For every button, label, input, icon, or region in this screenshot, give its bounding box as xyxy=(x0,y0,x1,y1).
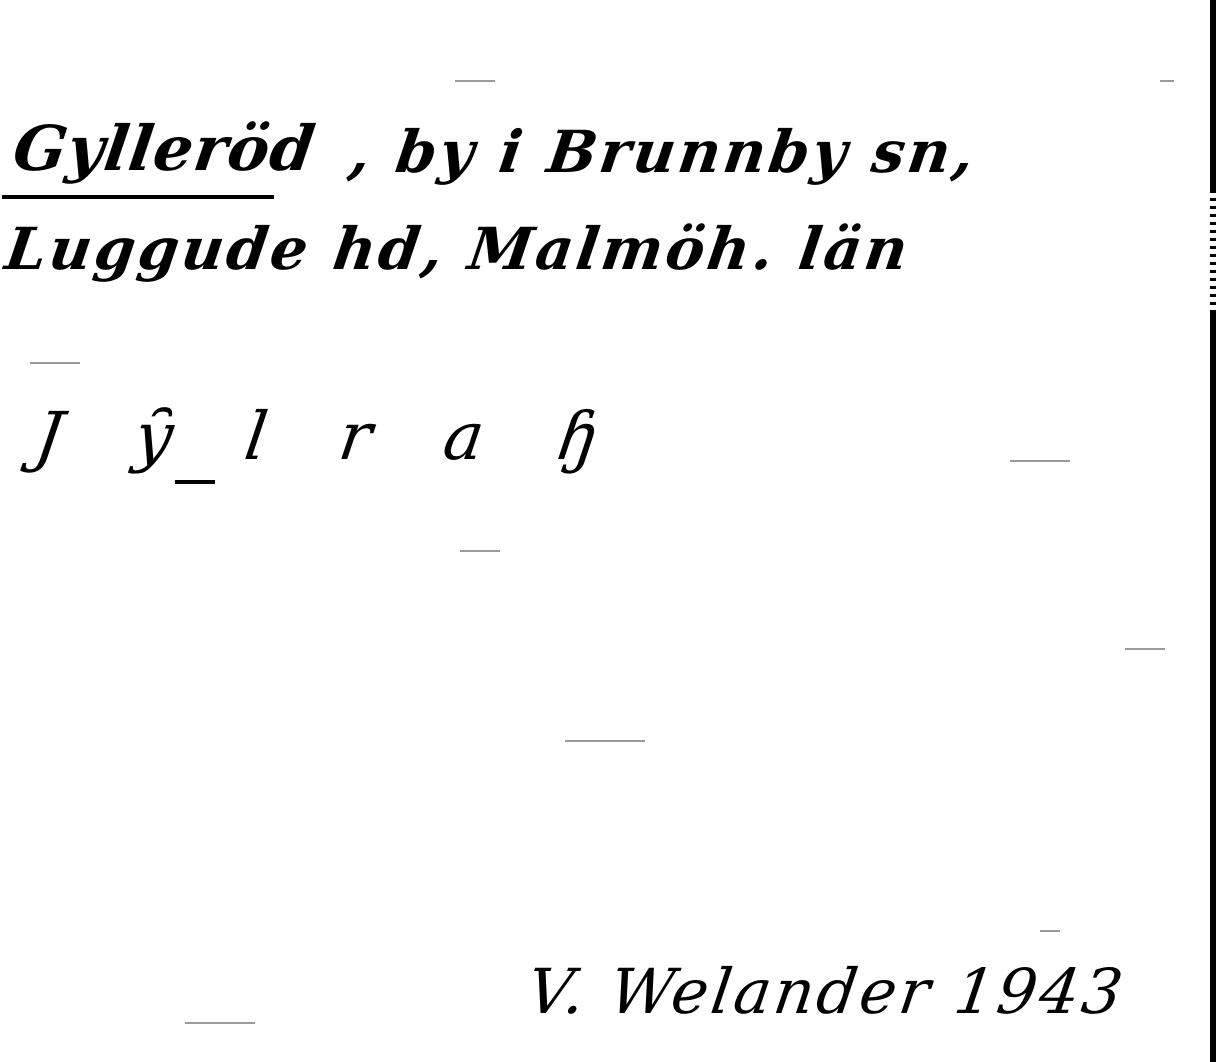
archive-card: Gylleröd , by i Brunnby sn, Luggude hd, … xyxy=(0,0,1218,1062)
location-line-2: Luggude hd, Malmöh. län xyxy=(1,215,915,283)
location-line-1: , by i Brunnby sn, xyxy=(345,118,981,186)
card-right-edge xyxy=(1210,0,1216,1062)
phonetic-underline-mark xyxy=(175,480,215,484)
scan-speck xyxy=(1010,460,1070,462)
scan-speck xyxy=(185,1022,255,1024)
place-name-underline xyxy=(2,195,274,199)
recorder-signature: V. Welander 1943 xyxy=(523,955,1130,1028)
scan-speck xyxy=(30,362,80,364)
phonetic-transcription: J y̑ l r a ɧ xyxy=(31,398,631,475)
place-name-heading: Gylleröd xyxy=(9,112,320,185)
scan-speck xyxy=(460,550,500,552)
scan-speck xyxy=(1040,930,1060,932)
scan-speck xyxy=(565,740,645,742)
scan-speck xyxy=(1125,648,1165,650)
scan-speck xyxy=(455,80,495,82)
scan-speck xyxy=(1160,80,1174,82)
card-edge-texture xyxy=(1210,190,1216,310)
